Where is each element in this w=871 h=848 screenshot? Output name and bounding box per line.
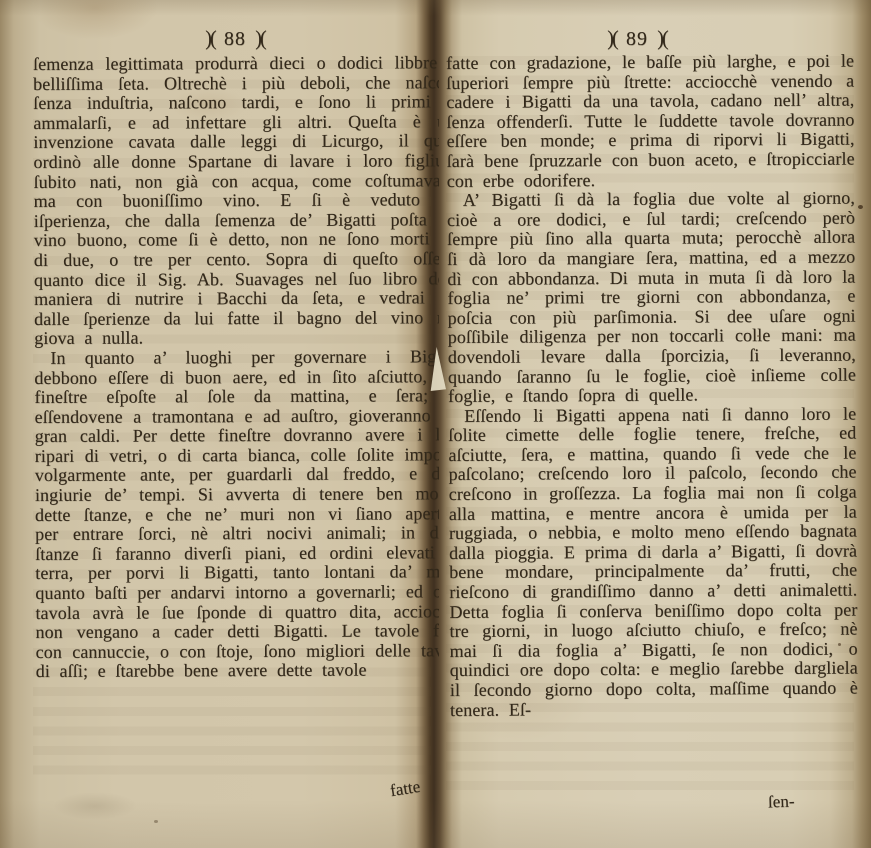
left-page-number: 88 bbox=[224, 28, 246, 50]
left-page-text-block: ſemenza legittimata produrrà dieci o dod… bbox=[33, 55, 439, 682]
paragraph: fatte con gradazione, le baſſe più largh… bbox=[446, 54, 855, 191]
left-page-text-area: ſemenza legittimata produrrà dieci o dod… bbox=[33, 55, 439, 785]
paper-stain bbox=[858, 205, 863, 209]
left-page-catchword: fatte bbox=[389, 777, 422, 801]
paragraph: A’ Bigatti ſi dà la foglia due volte al … bbox=[447, 189, 856, 407]
paper-stain bbox=[154, 820, 158, 823]
right-page-text-block: fatte con gradazione, le baſſe più largh… bbox=[446, 54, 858, 720]
paper-stain bbox=[838, 643, 841, 646]
left-page-header: )(88)( bbox=[33, 26, 437, 51]
paragraph: In quanto a’ luoghi per governare i Biga… bbox=[34, 347, 439, 682]
paragraph: Eſſendo li Bigatti appena nati ſi danno … bbox=[448, 404, 858, 720]
book-spread: )(88)( ſemenza legittimata produrrà diec… bbox=[0, 0, 871, 848]
paper-stain bbox=[757, 335, 760, 337]
right-page-header: )(89)( bbox=[446, 26, 828, 51]
header-ornament-icon: )( bbox=[657, 26, 667, 51]
right-page-catchword: ſen- bbox=[768, 792, 795, 813]
right-page-number: 89 bbox=[626, 28, 648, 50]
right-page-text-area: fatte con gradazione, le baſſe più largh… bbox=[446, 54, 858, 794]
header-ornament-icon: )( bbox=[607, 26, 617, 51]
header-ornament-icon: )( bbox=[255, 26, 265, 51]
header-ornament-icon: )( bbox=[205, 26, 215, 51]
paragraph: ſemenza legittimata produrrà dieci o dod… bbox=[33, 55, 439, 349]
